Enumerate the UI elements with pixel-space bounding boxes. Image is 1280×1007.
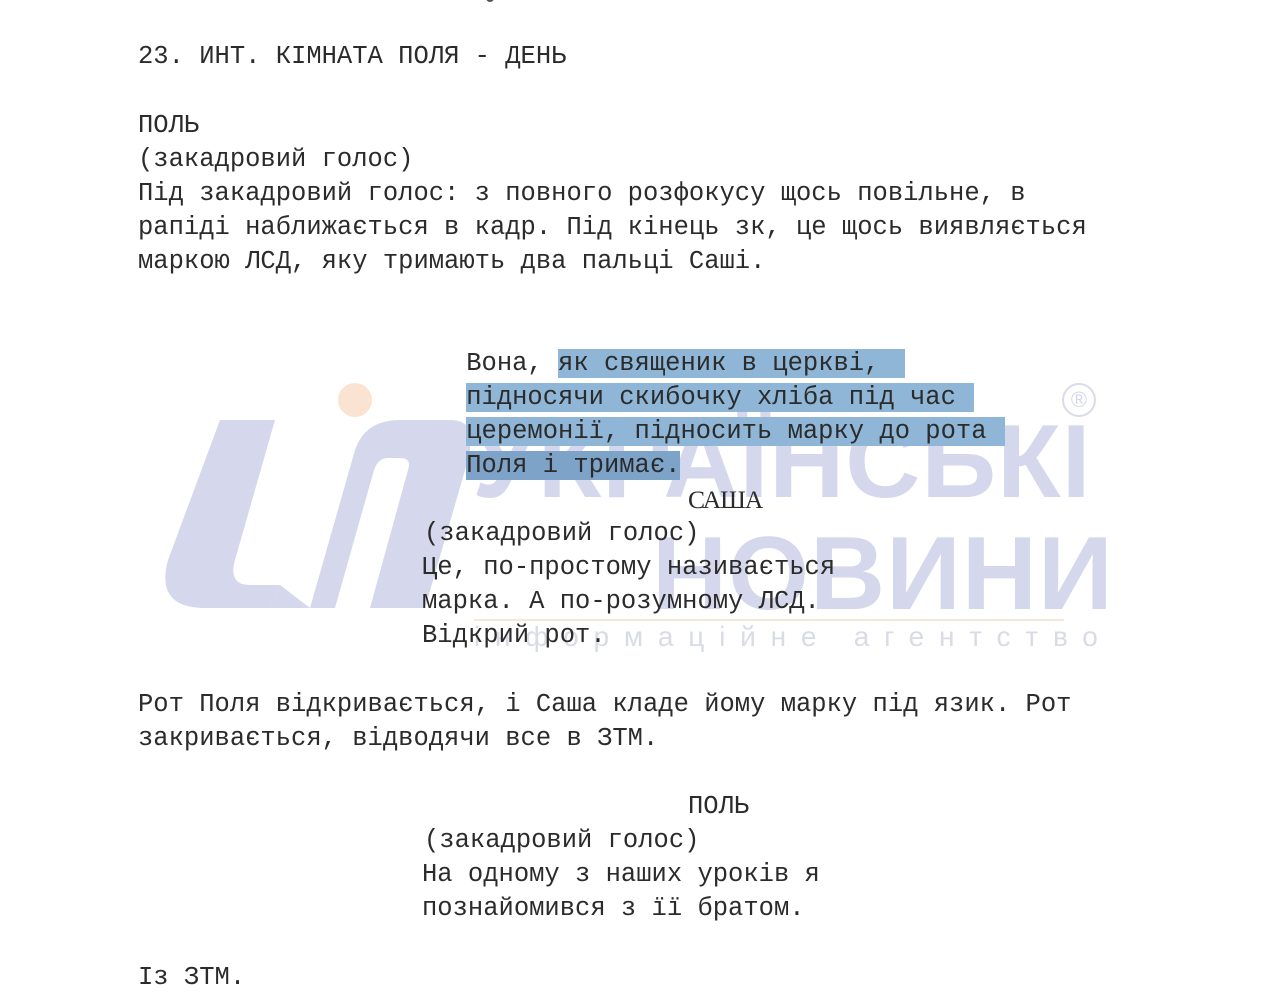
action-line: маркою ЛСД, яку тримають два пальці Саші… <box>138 245 765 279</box>
dialogue-line: Відкрий рот. <box>422 619 606 653</box>
scene-heading: 23. ИНТ. КІМНАТА ПОЛЯ - ДЕНЬ <box>138 40 566 74</box>
dialogue-line: Це, по-простому називається <box>422 551 835 585</box>
action-line: рапіді наближається в кадр. Під кінець з… <box>138 211 1087 245</box>
character-name: САША <box>688 483 762 517</box>
action-line: закривається, відводячи все в ЗТМ. <box>138 722 658 756</box>
character-name: ПОЛЬ <box>138 109 199 143</box>
cropped-glyph-fragment <box>486 0 494 2</box>
parenthetical: (закадровий голос) <box>424 517 699 551</box>
parenthetical: (закадровий голос) <box>138 143 413 177</box>
screenplay-page: УКРАЇНСЬКІ НОВИНИ інформаційне агентство… <box>0 0 1280 1007</box>
highlighted-action-line[interactable]: підносячи скибочку хліба під час <box>405 347 974 381</box>
text-selection-highlight[interactable]: Поля і тримає. <box>466 451 680 480</box>
action-line: Рот Поля відкривається, і Саша кладе йом… <box>138 688 1071 722</box>
dialogue-line: На одному з наших уроків я <box>422 858 820 892</box>
highlighted-action-line[interactable]: Поля і тримає. <box>405 415 680 449</box>
registered-trademark-icon: ® <box>1062 383 1096 417</box>
parenthetical: (закадровий голос) <box>424 824 699 858</box>
highlighted-action-line[interactable]: церемонії, підносить марку до рота <box>405 381 1005 415</box>
transition-line: Із ЗТМ. <box>138 961 245 995</box>
dialogue-line: марка. А по-розумному ЛСД. <box>422 585 820 619</box>
character-name: ПОЛЬ <box>688 790 749 824</box>
highlighted-action-line[interactable]: Вона, як священик в церкві, <box>405 313 905 347</box>
action-line: Під закадровий голос: з повного розфокус… <box>138 177 1026 211</box>
dialogue-line: познайомився з її братом. <box>422 892 805 926</box>
